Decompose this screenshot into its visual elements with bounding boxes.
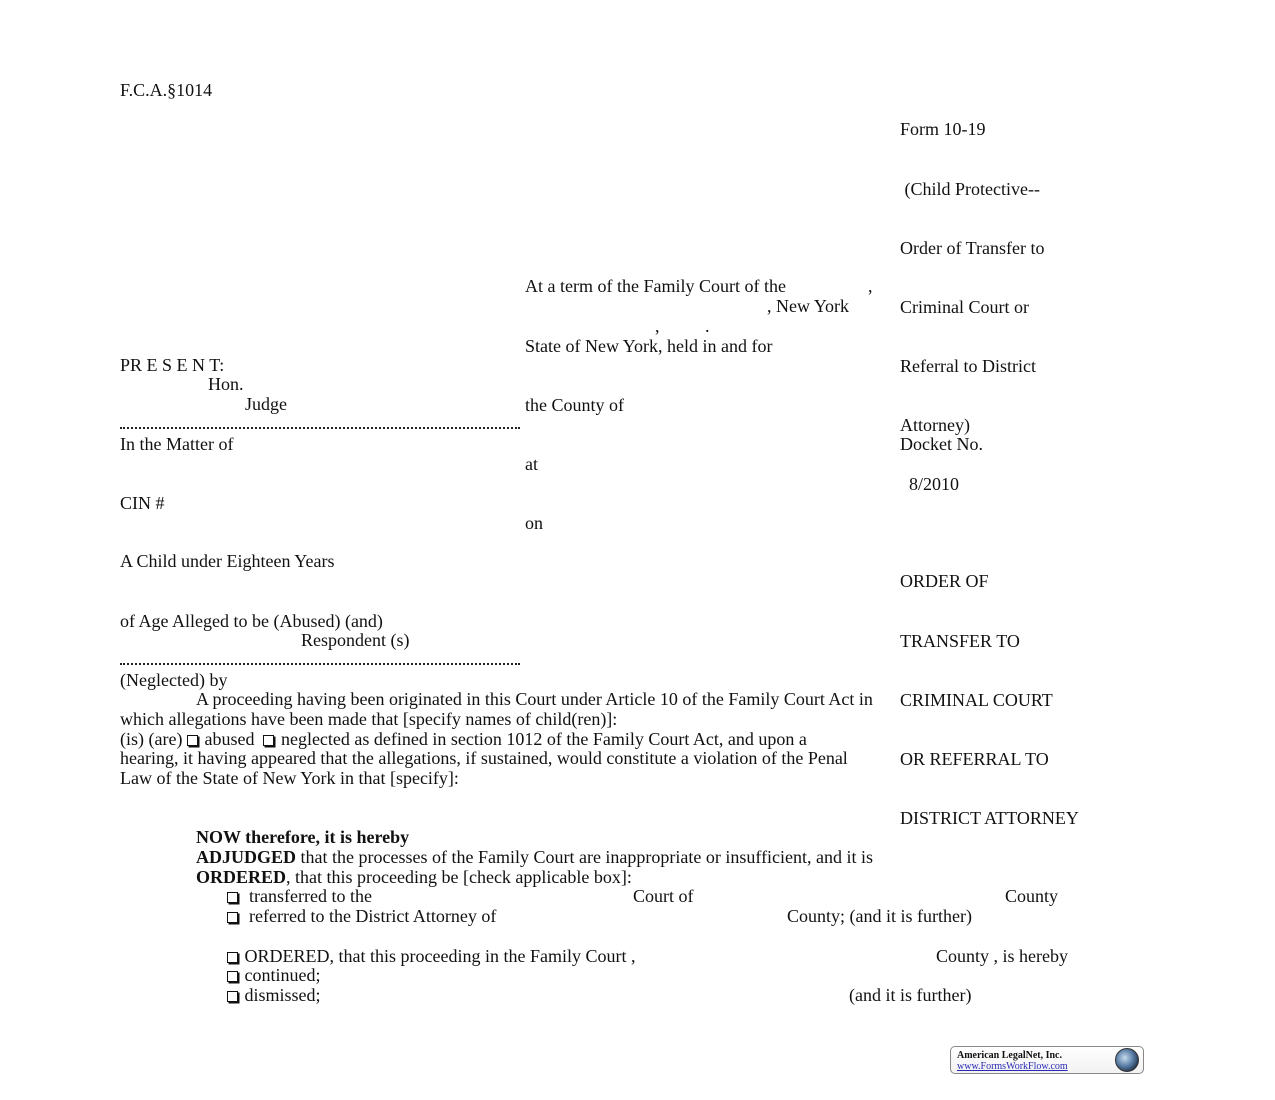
form-info-line: (Child Protective-- <box>900 180 1044 200</box>
hon-label: Hon. <box>208 375 244 395</box>
court-term-line: at <box>525 455 786 475</box>
order-title-line: ORDER OF <box>900 572 1079 592</box>
judge-label: Judge <box>245 395 287 415</box>
now-therefore: NOW therefore, it is hereby <box>196 828 409 848</box>
child-description-line: (Neglected) by <box>120 671 383 691</box>
dotted-divider <box>120 659 520 665</box>
option-continued: continued; <box>227 966 320 986</box>
cin-label: CIN # <box>120 494 165 514</box>
option-refer: referred to the District Attorney of <box>227 907 496 927</box>
option-dismissed: dismissed; <box>227 986 321 1006</box>
new-york-suffix: , New York <box>767 297 849 317</box>
respondent-label: Respondent (s) <box>301 631 409 651</box>
county-comma: , <box>868 277 873 297</box>
docket-label: Docket No. <box>900 435 983 455</box>
globe-icon <box>1115 1048 1139 1072</box>
ordered-county: County , is hereby <box>936 947 1068 967</box>
neglected-checkbox[interactable] <box>263 735 274 746</box>
order-title-line: TRANSFER TO <box>900 632 1079 652</box>
form-info-line: Order of Transfer to <box>900 239 1044 259</box>
order-title-line: DISTRICT ATTORNEY <box>900 809 1079 829</box>
body-line: Law of the State of New York in that [sp… <box>120 769 459 789</box>
body-line: A proceeding having been originated in t… <box>196 690 873 710</box>
form-info-line: 8/2010 <box>900 475 1044 495</box>
body-line: hearing, it having appeared that the all… <box>120 749 848 769</box>
court-term-line: At a term of the Family Court of the <box>525 277 786 297</box>
further-label: (and it is further) <box>849 986 971 1006</box>
transfer-court-of: Court of <box>633 887 694 907</box>
form-info-line: Criminal Court or <box>900 298 1044 318</box>
matter-label: In the Matter of <box>120 435 233 455</box>
ordered-family-court: ORDERED, that this proceeding in the Fam… <box>227 947 635 967</box>
continued-checkbox[interactable] <box>227 971 238 982</box>
court-term-line: on <box>525 514 786 534</box>
transfer-checkbox[interactable] <box>227 892 238 903</box>
form-info-line: Form 10-19 <box>900 120 1044 140</box>
date-period: . <box>705 317 710 337</box>
statute-reference: F.C.A.§1014 <box>120 81 212 101</box>
order-title: ORDER OF TRANSFER TO CRIMINAL COURT OR R… <box>900 533 1079 848</box>
form-info-line: Referral to District <box>900 357 1044 377</box>
refer-county: County; (and it is further) <box>787 907 972 927</box>
transfer-county: County <box>1005 887 1058 907</box>
dismissed-checkbox[interactable] <box>227 991 238 1002</box>
child-description: A Child under Eighteen Years of Age Alle… <box>120 513 383 710</box>
body-line-checkboxes: (is) (are) abused neglected as defined i… <box>120 730 807 750</box>
child-description-line: of Age Alleged to be (Abused) (and) <box>120 612 383 632</box>
abused-label: abused <box>204 729 254 749</box>
form-info-line: Attorney) <box>900 416 1044 436</box>
order-title-line: CRIMINAL COURT <box>900 691 1079 711</box>
american-legalnet-logo[interactable]: American LegalNet, Inc. www.FormsWorkFlo… <box>950 1046 1144 1074</box>
order-title-line: OR REFERRAL TO <box>900 750 1079 770</box>
child-description-line: A Child under Eighteen Years <box>120 552 383 572</box>
body-line: which allegations have been made that [s… <box>120 710 617 730</box>
option-transfer: transferred to the <box>227 887 372 907</box>
adjudged-line: ADJUDGED that the processes of the Famil… <box>196 848 873 868</box>
ordered-line: ORDERED, that this proceeding be [check … <box>196 868 632 888</box>
dotted-divider <box>120 423 520 429</box>
court-term-block: At a term of the Family Court of the Sta… <box>525 238 786 553</box>
logo-company-name: American LegalNet, Inc. <box>957 1050 1062 1061</box>
ordered-checkbox[interactable] <box>227 952 238 963</box>
date-comma: , <box>655 317 660 337</box>
refer-checkbox[interactable] <box>227 912 238 923</box>
neglected-label: neglected as defined in section 1012 of … <box>281 729 807 749</box>
court-term-line: the County of <box>525 396 786 416</box>
abused-checkbox[interactable] <box>187 735 198 746</box>
present-label: PR E S E N T: <box>120 356 224 376</box>
court-term-line: State of New York, held in and for <box>525 337 786 357</box>
logo-url-link[interactable]: www.FormsWorkFlow.com <box>957 1061 1068 1072</box>
